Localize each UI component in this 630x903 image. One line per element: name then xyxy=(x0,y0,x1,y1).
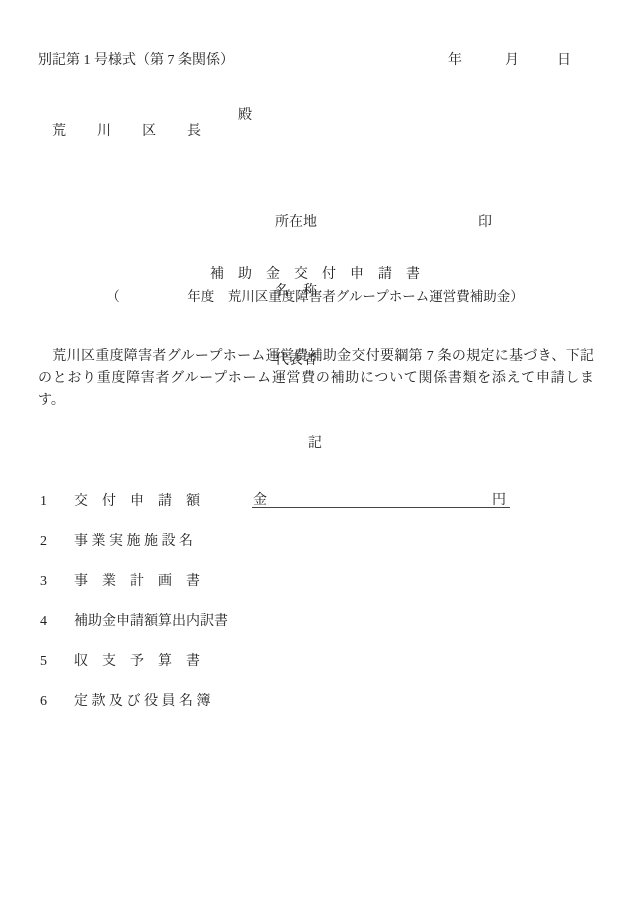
item-label: 事 業 実 施 施 設 名 xyxy=(74,534,193,549)
addressee-line: 荒川区長 殿 xyxy=(38,104,232,172)
item-number: 3 xyxy=(40,574,74,590)
list-item-budget-statement: 5収 支 予 算 書 xyxy=(40,650,200,670)
addressee-honorific: 殿 xyxy=(238,104,252,124)
item-label: 定 款 及 び 役 員 名 簿 xyxy=(74,694,211,709)
body-paragraph: 荒川区重度障害者グループホーム運営費補助金交付要綱第 7 条の規定に基づき、下記… xyxy=(38,346,594,412)
document-title: 補 助 金 交 付 申 請 書 xyxy=(0,263,630,283)
item-label: 交 付 申 請 額 xyxy=(74,494,200,509)
item-label: 収 支 予 算 書 xyxy=(74,654,200,669)
amount-fill-in-line: 金 円 xyxy=(252,489,510,508)
list-item-application-amount: 1交 付 申 請 額 金 円 xyxy=(40,490,200,510)
list-item-facility-name: 2事 業 実 施 施 設 名 xyxy=(40,530,193,550)
item-number: 5 xyxy=(40,654,74,670)
seal-label: 印 xyxy=(478,211,492,231)
item-label: 補助金申請額算出内訳書 xyxy=(74,614,228,629)
document-subtitle: （ 年度 荒川区重度障害者グループホーム運営費補助金） xyxy=(0,285,630,305)
document-page: 別記第 1 号様式（第 7 条関係） 年 月 日 荒川区長 殿 所在地 名 称 … xyxy=(0,0,630,903)
amount-prefix-label: 金 xyxy=(253,489,267,509)
date-day-label: 日 xyxy=(557,49,571,69)
addressee-name: 荒川区長 xyxy=(52,124,232,139)
date-year-label: 年 xyxy=(448,49,462,69)
form-number-label: 別記第 1 号様式（第 7 条関係） xyxy=(38,49,234,69)
applicant-location-label: 所在地 xyxy=(275,211,317,234)
amount-suffix-label: 円 xyxy=(492,489,506,509)
item-number: 1 xyxy=(40,494,74,510)
note-mark: 記 xyxy=(0,432,630,452)
item-number: 6 xyxy=(40,694,74,710)
list-item-business-plan: 3事 業 計 画 書 xyxy=(40,570,200,590)
item-number: 2 xyxy=(40,534,74,550)
list-item-articles-and-officers: 6定 款 及 び 役 員 名 簿 xyxy=(40,690,211,710)
item-number: 4 xyxy=(40,614,74,630)
list-item-calculation-breakdown: 4補助金申請額算出内訳書 xyxy=(40,610,228,630)
item-label: 事 業 計 画 書 xyxy=(74,574,200,589)
date-month-label: 月 xyxy=(505,49,519,69)
